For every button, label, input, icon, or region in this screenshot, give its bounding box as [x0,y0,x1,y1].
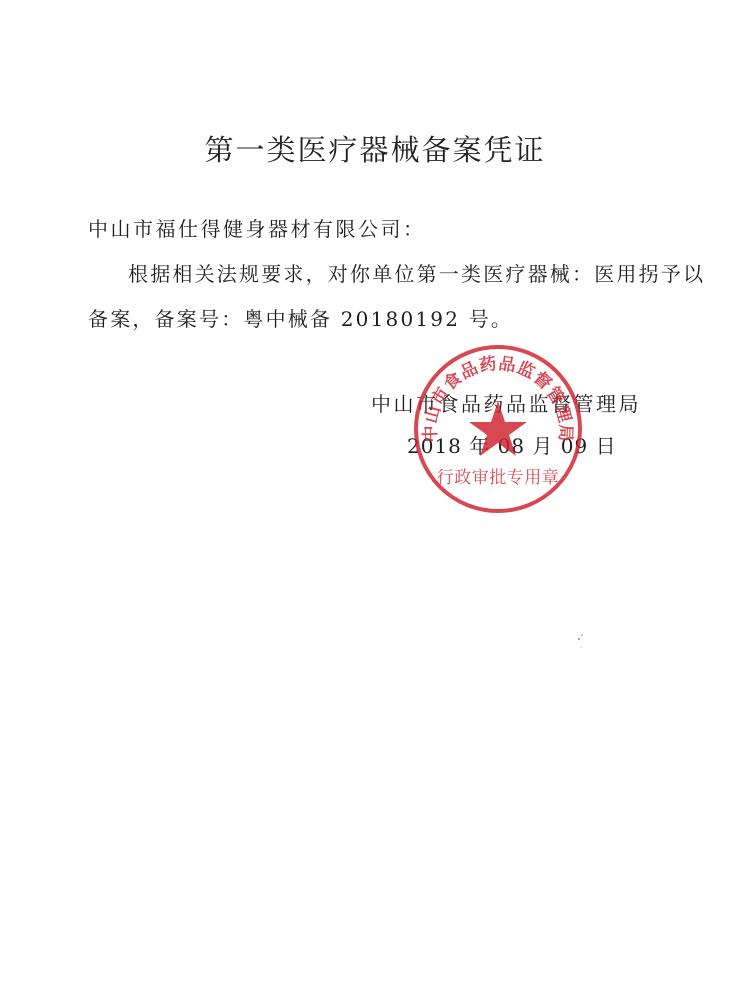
body-text-line-2: 备案，备案号：粤中械备 20180192 号。 [88,303,513,332]
stamp-bottom-text: 行政审批专用章 [437,467,560,488]
document-title: 第一类医疗器械备案凭证 [0,128,750,169]
scan-artifact [575,632,587,650]
official-seal-stamp: 中山市食品药品监督管理局 行政审批专用章 [412,343,584,515]
issue-date: 2018 年 08 月 09 日 [407,430,617,459]
body-text-line-1: 根据相关法规要求，对你单位第一类医疗器械：医用拐予以 [128,258,705,287]
issuing-authority: 中山市食品药品监督管理局 [371,388,641,417]
addressee: 中山市福仕得健身器材有限公司： [88,213,426,242]
